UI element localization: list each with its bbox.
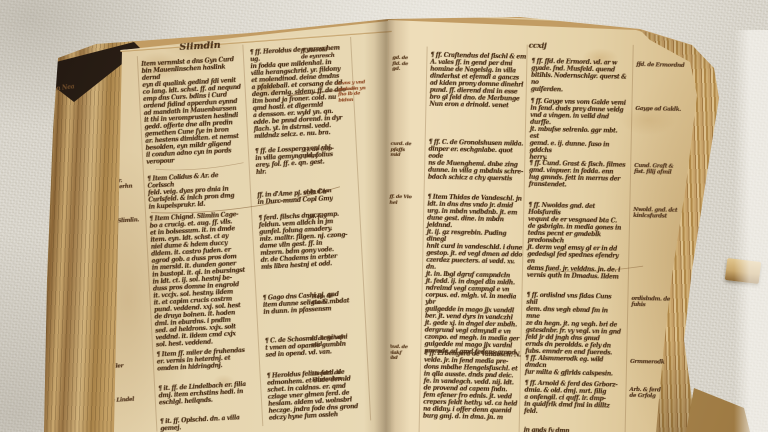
folio-number: ccxij	[529, 42, 573, 51]
manuscript-entry: ¶ ff. Cund. Grast & fisch. filmes gmd. v…	[529, 160, 627, 190]
manuscript-entry: ¶ ff. Alsmmerodk eg. wild dmdcn fur milt…	[525, 355, 622, 378]
manuscript-photo: { "scene": { "description": "Photograph …	[0, 0, 768, 432]
manuscript-entry: ¶ ff. Arnold & ferd des Grborz- dmia. & …	[524, 380, 622, 417]
manuscript-entry: ¶ ff. Craftendus del fischl & em A. vale…	[429, 52, 527, 110]
open-codex: Mon viij in Nea Archiv Slimdin Item vern…	[0, 0, 768, 432]
manuscript-entry: ¶ Item Chignd. Slimlin Cage- bo a crucig…	[149, 211, 255, 349]
manuscript-entry: jn gnds fy dmn	[524, 427, 621, 432]
gutter-shadow	[364, 16, 410, 432]
margin-note: Cund. Graft & fist. filij afmil	[634, 163, 696, 176]
manuscript-entry: ¶ ff. Erbengerd de Vandesch. N. velde. j…	[423, 350, 521, 422]
white-cloth-fold	[734, 30, 768, 432]
manuscript-entry: ¶ ff. ffd. de Ermord. vd. ar w gyade. fn…	[531, 58, 629, 95]
margin-note: Gayge ad Galdk.	[635, 106, 697, 113]
manuscript-entry: ¶ ff. Gayge vns vom Galde vemi ln fend. …	[529, 98, 627, 163]
manuscript-entry: ¶ ff. C. de Gronolshusen milda. dinper e…	[428, 139, 526, 183]
manuscript-entry: Item vernmlst a dns Gyn Curd bin Mauenli…	[141, 56, 245, 166]
manuscript-entry: ¶ ff. ordislnd vns fidas Cuns shil dem. …	[525, 292, 623, 357]
manuscript-entry: ¶ Item Colidus & Ar. de Corlssch feld. v…	[147, 171, 248, 211]
margin-note: ffd. de Ermordnd	[636, 62, 698, 69]
manuscript-entry: ¶ ff. Nwoldas gnd. det Holsfurdis vequnt…	[527, 202, 626, 281]
manuscript-entry: ¶ Item Thidas de Vandeschl. jn ldt. in d…	[424, 194, 524, 357]
